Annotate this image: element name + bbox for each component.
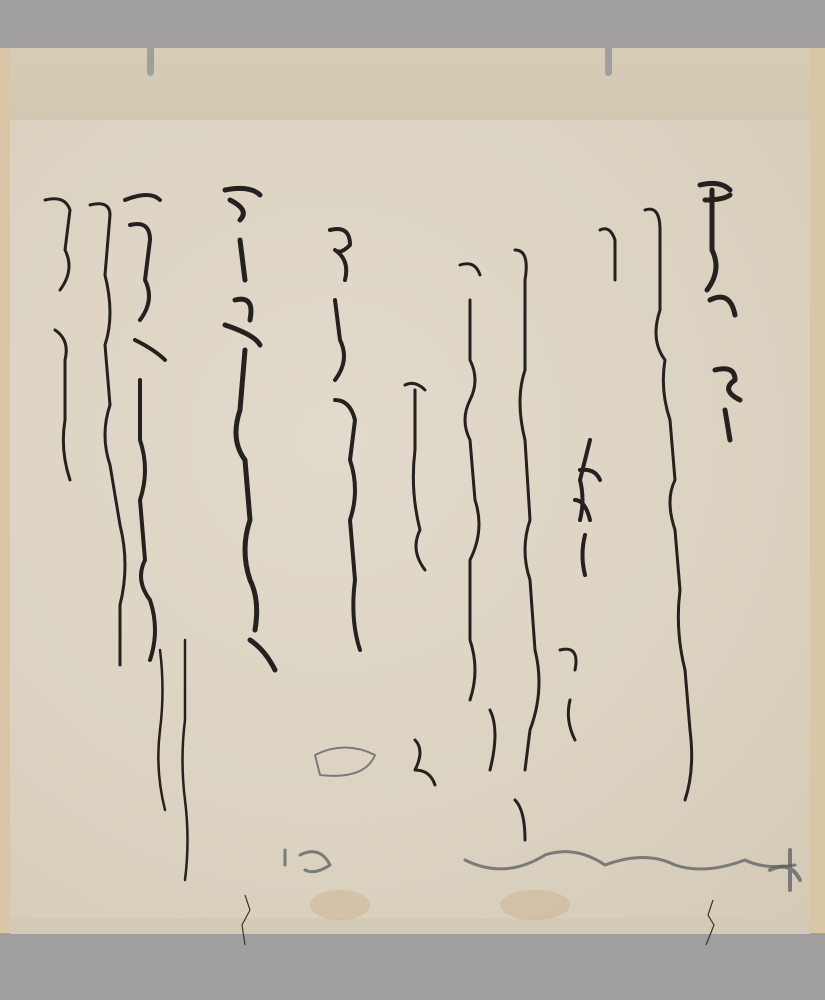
calligraphy-ink — [0, 0, 825, 1000]
